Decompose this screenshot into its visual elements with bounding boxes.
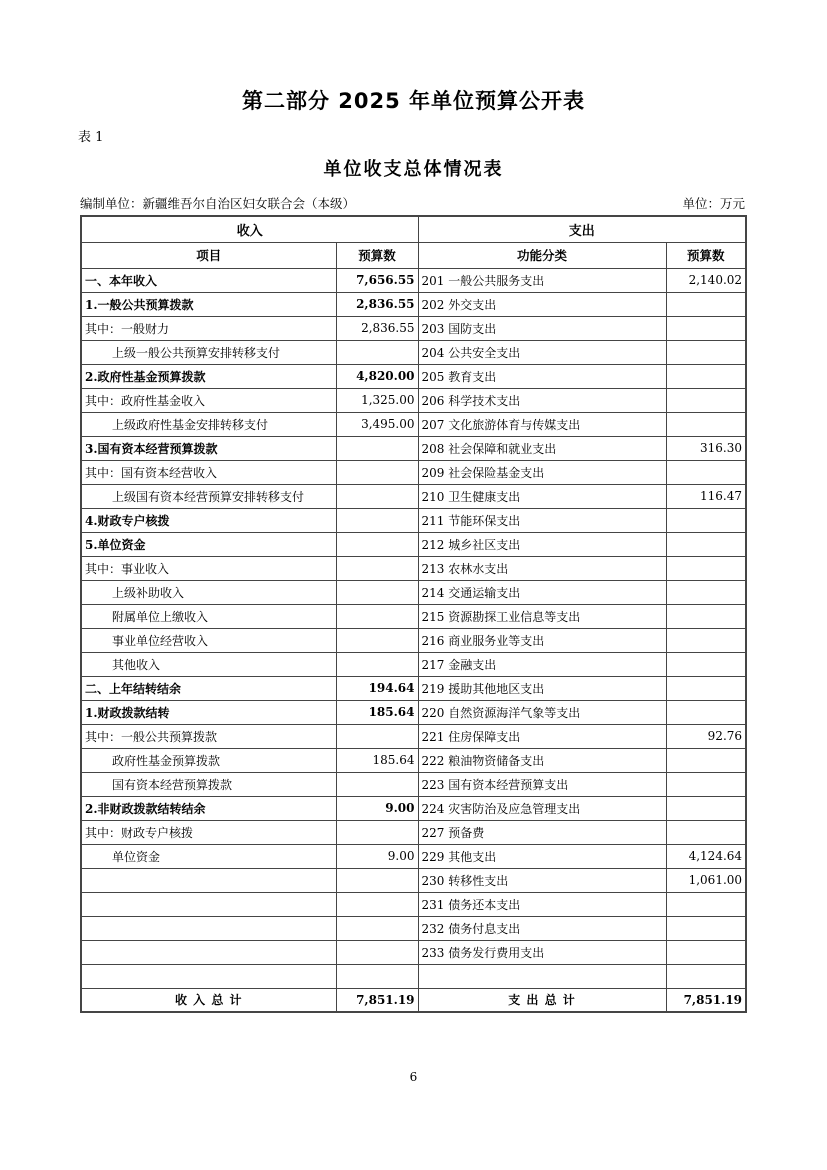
expense-func-cell: 214 交通运输支出: [418, 580, 666, 604]
expense-group-header: 支出: [418, 216, 746, 242]
expense-func-column-header: 功能分类: [418, 242, 666, 268]
income-item-cell: [81, 892, 336, 916]
expense-amount-cell: [666, 412, 746, 436]
income-item-cell: 其中：事业收入: [81, 556, 336, 580]
income-amount-cell: [336, 340, 418, 364]
expense-amount-cell: [666, 292, 746, 316]
budget-row: 国有资本经营预算拨款223 国有资本经营预算支出: [81, 772, 746, 796]
column-header-row: 项目 预算数 功能分类 预算数: [81, 242, 746, 268]
income-amount-cell: 9.00: [336, 796, 418, 820]
group-header-row: 收入 支出: [81, 216, 746, 242]
budget-row: 1.财政拨款结转185.64220 自然资源海洋气象等支出: [81, 700, 746, 724]
income-amount-cell: [336, 604, 418, 628]
income-amount-cell: 185.64: [336, 700, 418, 724]
income-item-cell: 其中：政府性基金收入: [81, 388, 336, 412]
income-amount-cell: 2,836.55: [336, 292, 418, 316]
expense-amount-cell: [666, 604, 746, 628]
budget-row: 其中：一般公共预算拨款221 住房保障支出92.76: [81, 724, 746, 748]
budget-row: 4.财政专户核拨211 节能环保支出: [81, 508, 746, 532]
expense-func-cell: 221 住房保障支出: [418, 724, 666, 748]
budget-row: 一、本年收入7,656.55201 一般公共服务支出2,140.02: [81, 268, 746, 292]
income-item-cell: [81, 916, 336, 940]
prepared-by-label: 编制单位：新疆维吾尔自治区妇女联合会（本级）: [80, 196, 355, 212]
expense-amount-cell: [666, 772, 746, 796]
income-amount-cell: 2,836.55: [336, 316, 418, 340]
expense-amount-cell: [666, 748, 746, 772]
budget-row: 3.国有资本经营预算拨款208 社会保障和就业支出316.30: [81, 436, 746, 460]
expense-func-cell: 204 公共安全支出: [418, 340, 666, 364]
income-amount-cell: [336, 964, 418, 988]
income-item-cell: 1.财政拨款结转: [81, 700, 336, 724]
income-item-column-header: 项目: [81, 242, 336, 268]
income-amount-cell: [336, 724, 418, 748]
income-item-cell: 国有资本经营预算拨款: [81, 772, 336, 796]
expense-amount-cell: [666, 340, 746, 364]
expense-amount-cell: [666, 508, 746, 532]
expense-amount-cell: 4,124.64: [666, 844, 746, 868]
expense-amount-cell: [666, 940, 746, 964]
expense-budget-column-header: 预算数: [666, 242, 746, 268]
expense-func-cell: 202 外交支出: [418, 292, 666, 316]
expense-amount-cell: 2,140.02: [666, 268, 746, 292]
income-item-cell: [81, 940, 336, 964]
expense-amount-cell: [666, 796, 746, 820]
expense-amount-cell: [666, 916, 746, 940]
income-item-cell: 其中：一般公共预算拨款: [81, 724, 336, 748]
expense-amount-cell: [666, 556, 746, 580]
expense-amount-cell: [666, 820, 746, 844]
budget-row: 233 债务发行费用支出: [81, 940, 746, 964]
expense-amount-cell: 92.76: [666, 724, 746, 748]
expense-amount-cell: [666, 580, 746, 604]
income-total-value: 7,851.19: [336, 988, 418, 1012]
income-item-cell: 附属单位上缴收入: [81, 604, 336, 628]
income-group-header: 收入: [81, 216, 418, 242]
expense-func-cell: 231 债务还本支出: [418, 892, 666, 916]
expense-func-cell: 210 卫生健康支出: [418, 484, 666, 508]
expense-total-value: 7,851.19: [666, 988, 746, 1012]
income-amount-cell: [336, 652, 418, 676]
expense-func-cell: 212 城乡社区支出: [418, 532, 666, 556]
income-item-cell: 单位资金: [81, 844, 336, 868]
income-item-cell: 1.一般公共预算拨款: [81, 292, 336, 316]
income-item-cell: 2.政府性基金预算拨款: [81, 364, 336, 388]
income-amount-cell: [336, 556, 418, 580]
table-meta-row: 编制单位：新疆维吾尔自治区妇女联合会（本级） 单位：万元: [80, 196, 745, 212]
expense-amount-cell: [666, 532, 746, 556]
income-item-cell: 上级补助收入: [81, 580, 336, 604]
income-item-cell: 3.国有资本经营预算拨款: [81, 436, 336, 460]
income-item-cell: [81, 868, 336, 892]
expense-amount-cell: [666, 700, 746, 724]
income-amount-cell: 9.00: [336, 844, 418, 868]
expense-amount-cell: [666, 316, 746, 340]
budget-row: 附属单位上缴收入215 资源勘探工业信息等支出: [81, 604, 746, 628]
expense-func-cell: 205 教育支出: [418, 364, 666, 388]
expense-amount-cell: [666, 460, 746, 484]
income-amount-cell: [336, 916, 418, 940]
expense-func-cell: 206 科学技术支出: [418, 388, 666, 412]
income-item-cell: 4.财政专户核拨: [81, 508, 336, 532]
expense-amount-cell: 316.30: [666, 436, 746, 460]
budget-table: 收入 支出 项目 预算数 功能分类 预算数 一、本年收入7,656.55201 …: [80, 215, 747, 1013]
expense-func-cell: 230 转移性支出: [418, 868, 666, 892]
expense-func-cell: 233 债务发行费用支出: [418, 940, 666, 964]
expense-func-cell: [418, 964, 666, 988]
income-item-cell: 上级政府性基金安排转移支付: [81, 412, 336, 436]
income-amount-cell: 1,325.00: [336, 388, 418, 412]
income-amount-cell: [336, 868, 418, 892]
expense-func-cell: 203 国防支出: [418, 316, 666, 340]
expense-amount-cell: [666, 628, 746, 652]
budget-row: 1.一般公共预算拨款2,836.55202 外交支出: [81, 292, 746, 316]
expense-amount-cell: [666, 364, 746, 388]
income-budget-column-header: 预算数: [336, 242, 418, 268]
page-number: 6: [0, 1070, 827, 1084]
budget-row: 上级国有资本经营预算安排转移支付210 卫生健康支出116.47: [81, 484, 746, 508]
income-amount-cell: 4,820.00: [336, 364, 418, 388]
expense-func-cell: 232 债务付息支出: [418, 916, 666, 940]
income-amount-cell: [336, 436, 418, 460]
budget-row: 其中：事业收入213 农林水支出: [81, 556, 746, 580]
budget-row: 其中：一般财力2,836.55203 国防支出: [81, 316, 746, 340]
document-page: 第二部分 2025 年单位预算公开表 表 1 单位收支总体情况表 编制单位：新疆…: [0, 0, 827, 1170]
budget-row: 上级政府性基金安排转移支付3,495.00207 文化旅游体育与传媒支出: [81, 412, 746, 436]
expense-amount-cell: [666, 964, 746, 988]
expense-amount-cell: [666, 652, 746, 676]
income-amount-cell: [336, 484, 418, 508]
expense-func-cell: 227 预备费: [418, 820, 666, 844]
budget-row: 事业单位经营收入216 商业服务业等支出: [81, 628, 746, 652]
income-item-cell: 政府性基金预算拨款: [81, 748, 336, 772]
income-amount-cell: [336, 892, 418, 916]
income-item-cell: [81, 964, 336, 988]
expense-func-cell: 211 节能环保支出: [418, 508, 666, 532]
expense-func-cell: 219 援助其他地区支出: [418, 676, 666, 700]
budget-row: 其中：财政专户核拨227 预备费: [81, 820, 746, 844]
budget-row: 5.单位资金212 城乡社区支出: [81, 532, 746, 556]
expense-func-cell: 209 社会保险基金支出: [418, 460, 666, 484]
income-amount-cell: [336, 628, 418, 652]
expense-func-cell: 229 其他支出: [418, 844, 666, 868]
budget-row: 其他收入217 金融支出: [81, 652, 746, 676]
income-amount-cell: [336, 460, 418, 484]
income-item-cell: 其中：一般财力: [81, 316, 336, 340]
budget-row: 二、上年结转结余194.64219 援助其他地区支出: [81, 676, 746, 700]
income-amount-cell: [336, 532, 418, 556]
income-amount-cell: [336, 580, 418, 604]
expense-func-cell: 213 农林水支出: [418, 556, 666, 580]
expense-func-cell: 223 国有资本经营预算支出: [418, 772, 666, 796]
expense-total-label: 支 出 总 计: [418, 988, 666, 1012]
expense-func-cell: 208 社会保障和就业支出: [418, 436, 666, 460]
expense-func-cell: 216 商业服务业等支出: [418, 628, 666, 652]
part-title: 第二部分 2025 年单位预算公开表: [0, 0, 827, 114]
budget-row: 230 转移性支出1,061.00: [81, 868, 746, 892]
budget-row: 上级一般公共预算安排转移支付204 公共安全支出: [81, 340, 746, 364]
income-item-cell: 其中：国有资本经营收入: [81, 460, 336, 484]
budget-row: 其中：政府性基金收入1,325.00206 科学技术支出: [81, 388, 746, 412]
income-item-cell: 其他收入: [81, 652, 336, 676]
budget-row: 单位资金9.00229 其他支出4,124.64: [81, 844, 746, 868]
budget-row: [81, 964, 746, 988]
income-item-cell: 事业单位经营收入: [81, 628, 336, 652]
total-row: 收 入 总 计 7,851.19 支 出 总 计 7,851.19: [81, 988, 746, 1012]
income-amount-cell: 7,656.55: [336, 268, 418, 292]
income-item-cell: 上级国有资本经营预算安排转移支付: [81, 484, 336, 508]
income-item-cell: 一、本年收入: [81, 268, 336, 292]
income-item-cell: 其中：财政专户核拨: [81, 820, 336, 844]
expense-func-cell: 224 灾害防治及应急管理支出: [418, 796, 666, 820]
budget-row: 上级补助收入214 交通运输支出: [81, 580, 746, 604]
table-title: 单位收支总体情况表: [0, 159, 827, 181]
income-total-label: 收 入 总 计: [81, 988, 336, 1012]
budget-row: 231 债务还本支出: [81, 892, 746, 916]
table-label: 表 1: [78, 130, 827, 146]
expense-func-cell: 207 文化旅游体育与传媒支出: [418, 412, 666, 436]
expense-func-cell: 217 金融支出: [418, 652, 666, 676]
budget-row: 其中：国有资本经营收入209 社会保险基金支出: [81, 460, 746, 484]
expense-amount-cell: 116.47: [666, 484, 746, 508]
expense-func-cell: 220 自然资源海洋气象等支出: [418, 700, 666, 724]
expense-amount-cell: [666, 388, 746, 412]
income-item-cell: 二、上年结转结余: [81, 676, 336, 700]
expense-func-cell: 215 资源勘探工业信息等支出: [418, 604, 666, 628]
income-item-cell: 5.单位资金: [81, 532, 336, 556]
income-amount-cell: 3,495.00: [336, 412, 418, 436]
unit-note-label: 单位：万元: [682, 196, 745, 212]
income-amount-cell: [336, 820, 418, 844]
income-amount-cell: 194.64: [336, 676, 418, 700]
budget-row: 232 债务付息支出: [81, 916, 746, 940]
income-amount-cell: 185.64: [336, 748, 418, 772]
budget-row: 政府性基金预算拨款185.64222 粮油物资储备支出: [81, 748, 746, 772]
income-amount-cell: [336, 772, 418, 796]
income-item-cell: 上级一般公共预算安排转移支付: [81, 340, 336, 364]
income-amount-cell: [336, 940, 418, 964]
expense-func-cell: 201 一般公共服务支出: [418, 268, 666, 292]
income-amount-cell: [336, 508, 418, 532]
budget-row: 2.非财政拨款结转结余9.00224 灾害防治及应急管理支出: [81, 796, 746, 820]
expense-amount-cell: [666, 892, 746, 916]
expense-amount-cell: 1,061.00: [666, 868, 746, 892]
expense-amount-cell: [666, 676, 746, 700]
budget-row: 2.政府性基金预算拨款4,820.00205 教育支出: [81, 364, 746, 388]
income-item-cell: 2.非财政拨款结转结余: [81, 796, 336, 820]
expense-func-cell: 222 粮油物资储备支出: [418, 748, 666, 772]
